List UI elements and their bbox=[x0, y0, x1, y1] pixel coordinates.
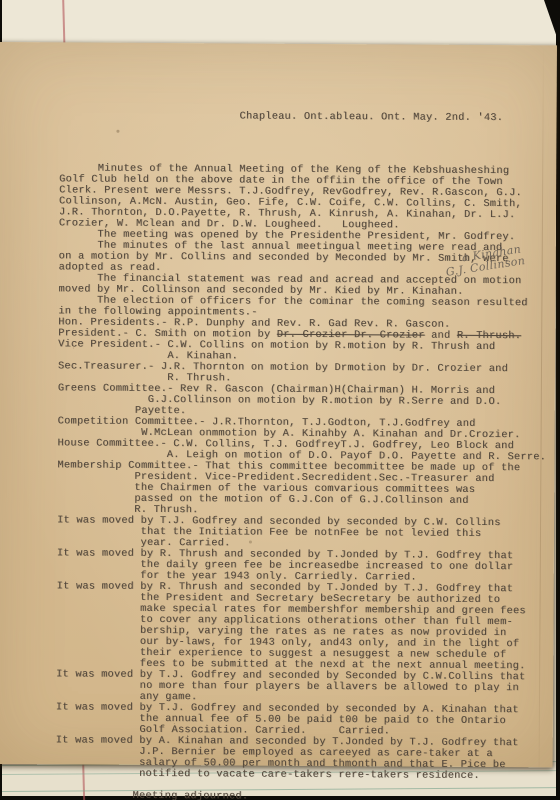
document-page: Chapleau. Ont.ableau. Ont. May. 2nd. '43… bbox=[0, 42, 557, 767]
scanned-document: Chapleau. Ont.ableau. Ont. May. 2nd. '43… bbox=[0, 0, 560, 800]
typed-text: Chapleau. Ont.ableau. Ont. May. 2nd. '43… bbox=[0, 42, 557, 767]
dateline: Chapleau. Ont.ableau. Ont. May. 2nd. '43… bbox=[60, 110, 557, 124]
